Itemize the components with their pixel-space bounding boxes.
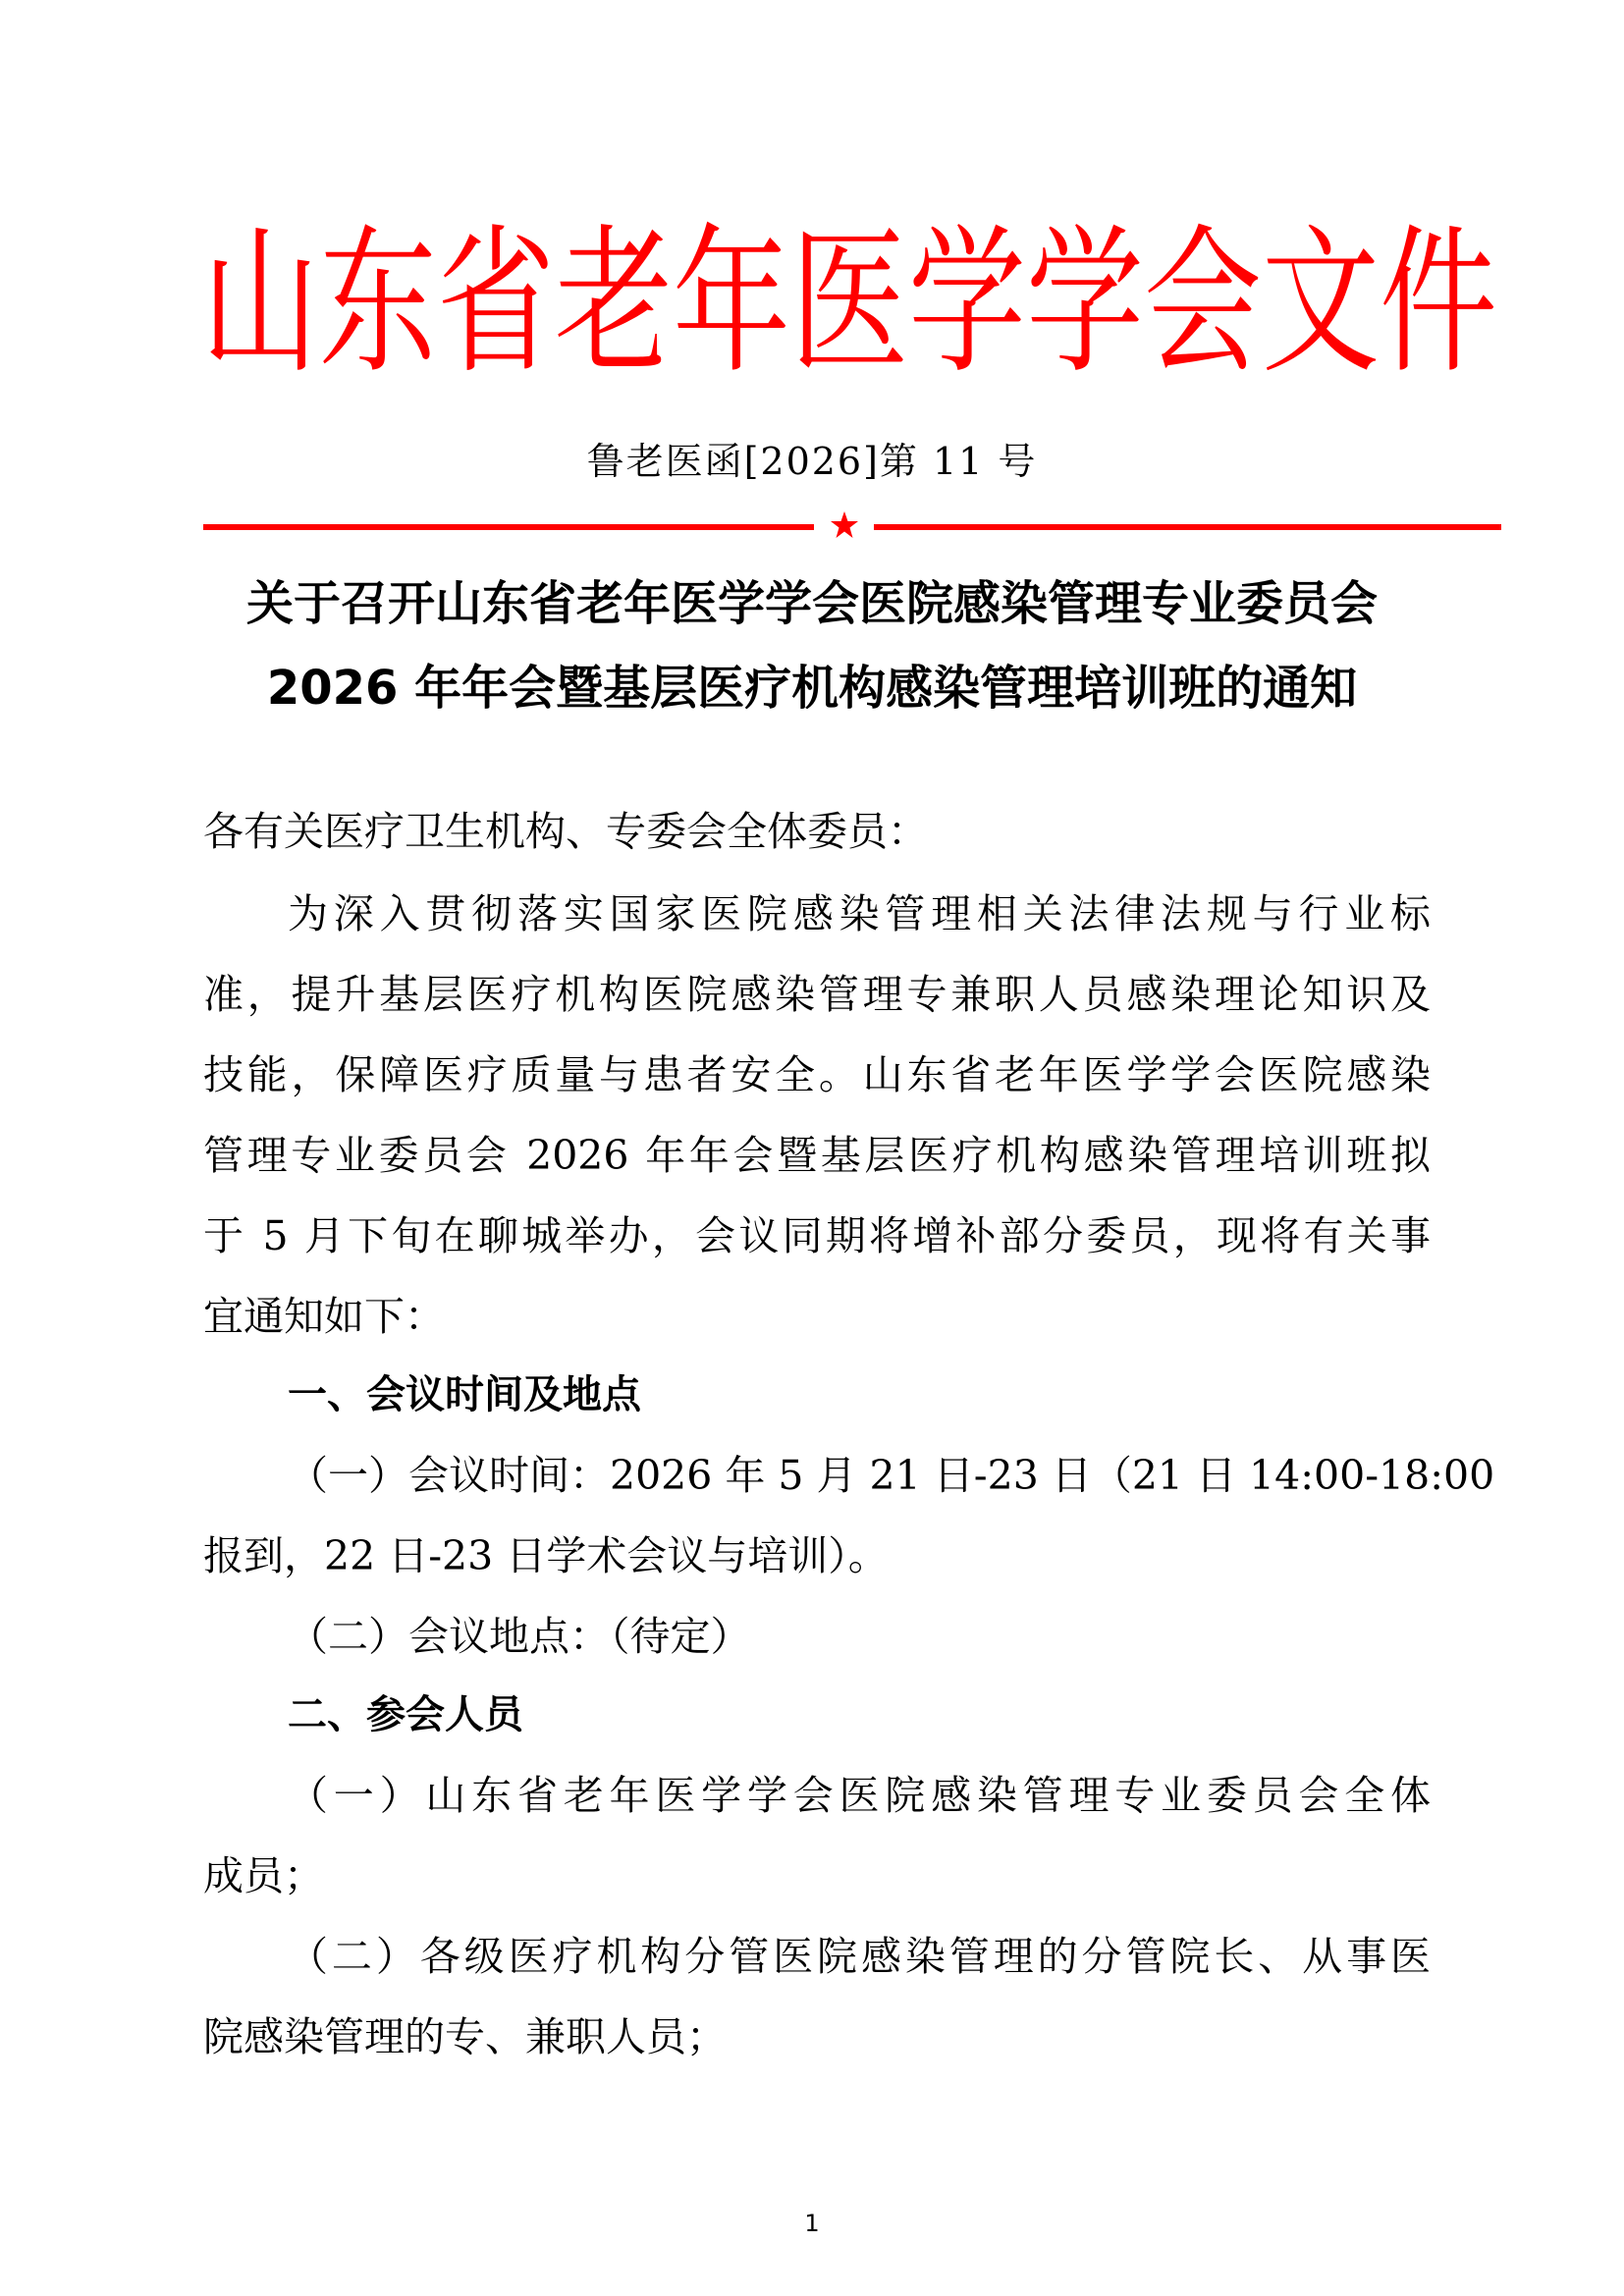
masthead-char: 山 — [201, 191, 319, 417]
masthead-char: 件 — [1380, 191, 1497, 417]
intro-line: 于 5 月下旬在聊城举办，会议同期将增补部分委员，现将有关事 — [203, 1196, 1431, 1276]
document-number: 鲁老医函[2026]第 11 号 — [0, 432, 1624, 491]
divider-line-left — [203, 524, 814, 530]
masthead-char: 东 — [319, 191, 437, 417]
masthead-title: 山 东 省 老 年 医 学 学 会 文 件 — [201, 221, 1468, 388]
notice-title-line: 关于召开山东省老年医学学会医院感染管理专业委员会 — [0, 561, 1624, 646]
document-page: 山 东 省 老 年 医 学 学 会 文 件 鲁老医函[2026]第 11 号 关… — [0, 0, 1624, 2296]
masthead-char: 学 — [908, 191, 1026, 417]
salutation: 各有关医疗卫生机构、专委会全体委员： — [203, 791, 928, 872]
masthead-char: 学 — [1026, 191, 1144, 417]
intro-line: 管理专业委员会 2026 年年会暨基层医疗机构感染管理培训班拟 — [203, 1115, 1431, 1196]
intro-line: 技能，保障医疗质量与患者安全。山东省老年医学学会医院感染 — [203, 1035, 1431, 1115]
section-item-line: （二）会议地点：（待定） — [288, 1596, 751, 1677]
masthead-char: 文 — [1262, 191, 1380, 417]
divider-line-right — [874, 524, 1501, 530]
masthead-char: 会 — [1144, 191, 1262, 417]
intro-line: 宜通知如下： — [203, 1276, 445, 1357]
intro-line: 准，提升基层医疗机构医院感染管理专兼职人员感染理论知识及 — [203, 954, 1431, 1035]
section-item-line: 报到，22 日-23 日学术会议与培训）。 — [203, 1516, 889, 1596]
notice-title: 关于召开山东省老年医学学会医院感染管理专业委员会 2026 年年会暨基层医疗机构… — [0, 561, 1624, 730]
red-divider — [203, 510, 1501, 550]
masthead-char: 老 — [555, 191, 673, 417]
section-heading: 二、参会人员 — [288, 1675, 523, 1755]
section-item-line: （二）各级医疗机构分管医院感染管理的分管院长、从事医 — [288, 1916, 1431, 1997]
intro-line: 为深入贯彻落实国家医院感染管理相关法律法规与行业标 — [288, 874, 1431, 954]
section-heading: 一、会议时间及地点 — [288, 1355, 641, 1435]
section-item-line: 院感染管理的专、兼职人员； — [203, 1997, 727, 2077]
section-item-line: （一）山东省老年医学学会医院感染管理专业委员会全体 — [288, 1755, 1431, 1836]
section-item-line: 成员； — [203, 1836, 324, 1916]
star-icon — [830, 510, 859, 540]
notice-title-line: 2026 年年会暨基层医疗机构感染管理培训班的通知 — [0, 646, 1624, 730]
section-item-line: （一）会议时间：2026 年 5 月 21 日-23 日（21 日 14:00-… — [288, 1435, 1431, 1516]
masthead-char: 医 — [790, 191, 908, 417]
masthead-char: 年 — [673, 191, 790, 417]
page-number: 1 — [0, 2209, 1624, 2238]
masthead-char: 省 — [437, 191, 555, 417]
